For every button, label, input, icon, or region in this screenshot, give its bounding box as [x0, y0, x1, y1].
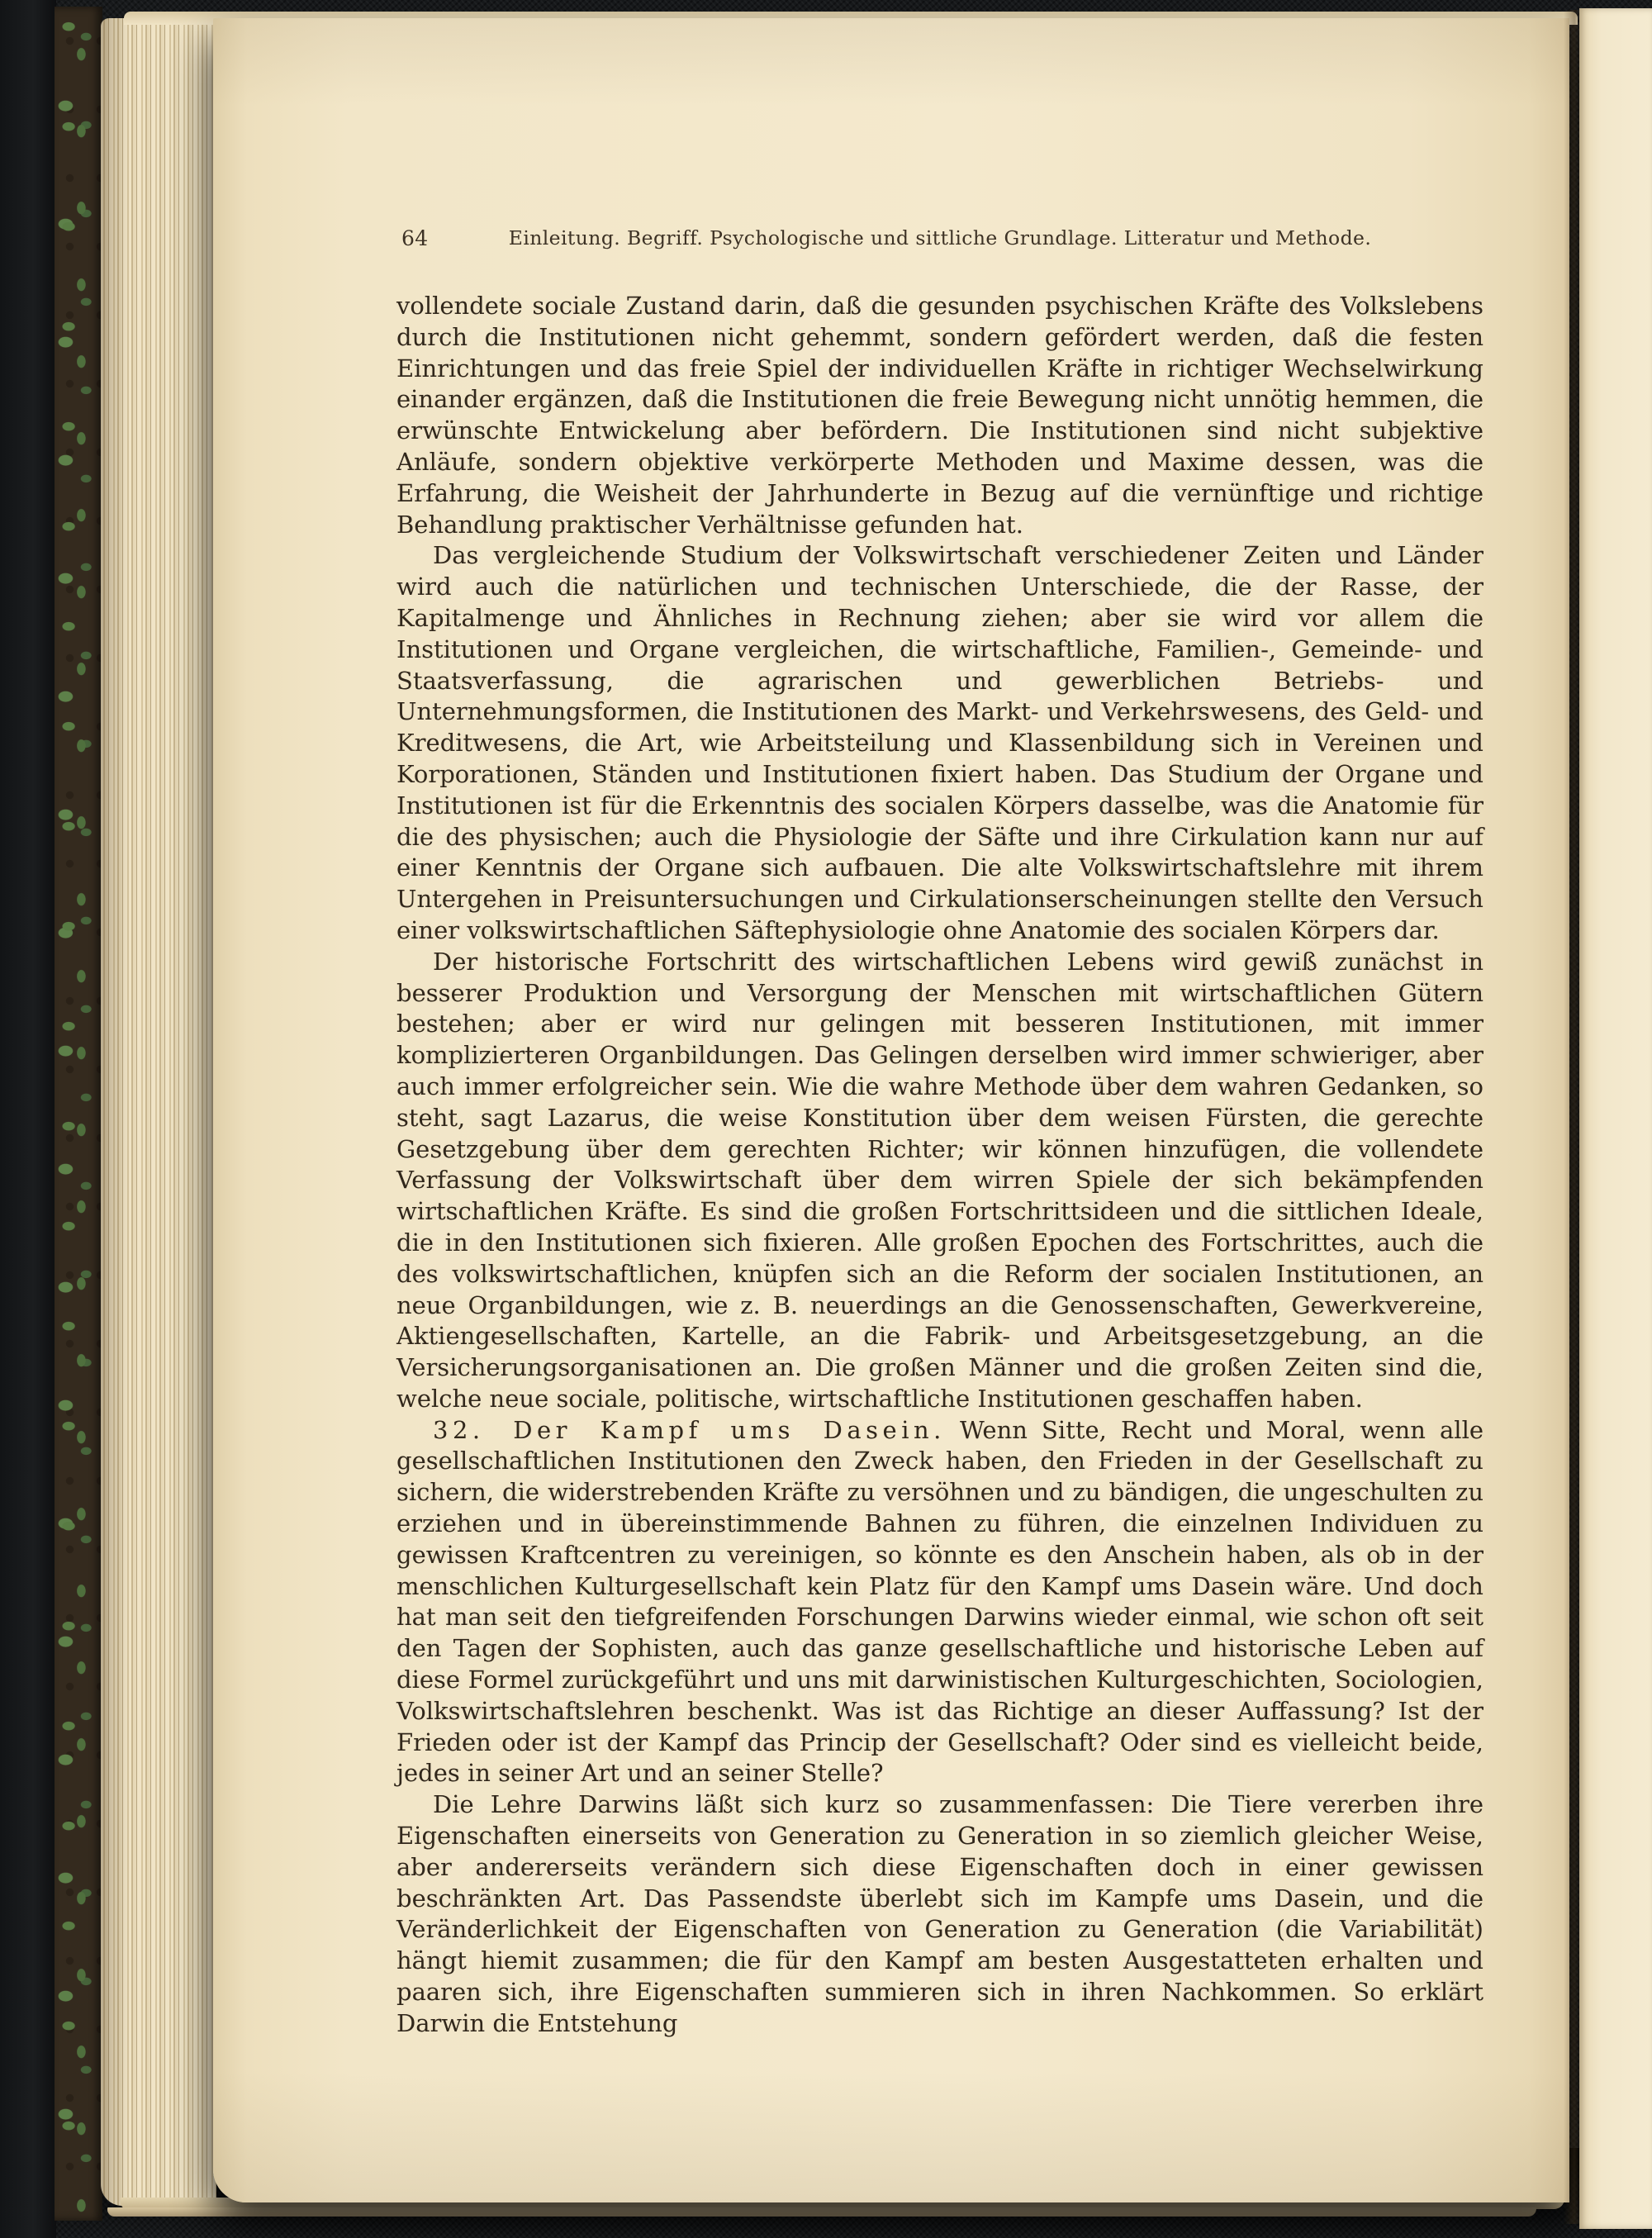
underlying-page-edge [107, 2207, 1536, 2217]
marbled-endpaper [55, 7, 102, 2221]
page-number: 64 [401, 226, 429, 250]
running-header: 64 Einleitung. Begriff. Psychologische u… [396, 226, 1483, 249]
paragraph: Das vergleichende Studium der Volkswirts… [396, 540, 1483, 946]
page-edge-stack [101, 18, 216, 2206]
paragraph: vollendete sociale Zustand darin, daß di… [396, 291, 1483, 540]
section-body: Wenn Sitte, Recht und Moral, wenn alle g… [396, 1416, 1483, 1788]
book-page: 64 Einleitung. Begriff. Psychologische u… [213, 18, 1569, 2202]
facing-page-edge [1579, 8, 1652, 2229]
text-block: vollendete sociale Zustand darin, daß di… [396, 291, 1483, 2040]
paragraph: Die Lehre Darwins läßt sich kurz so zusa… [396, 1789, 1483, 2039]
paragraph: Der historische Fortschritt des wirtscha… [396, 947, 1483, 1415]
paragraph-section-32: 32. Der Kampf ums Dasein. Wenn Sitte, Re… [396, 1415, 1483, 1790]
book-cover-edge [0, 0, 56, 2238]
photo-background: 64 Einleitung. Begriff. Psychologische u… [0, 0, 1652, 2238]
section-heading: 32. Der Kampf ums Dasein. [433, 1416, 946, 1444]
running-header-text: Einleitung. Begriff. Psychologische und … [509, 226, 1371, 249]
